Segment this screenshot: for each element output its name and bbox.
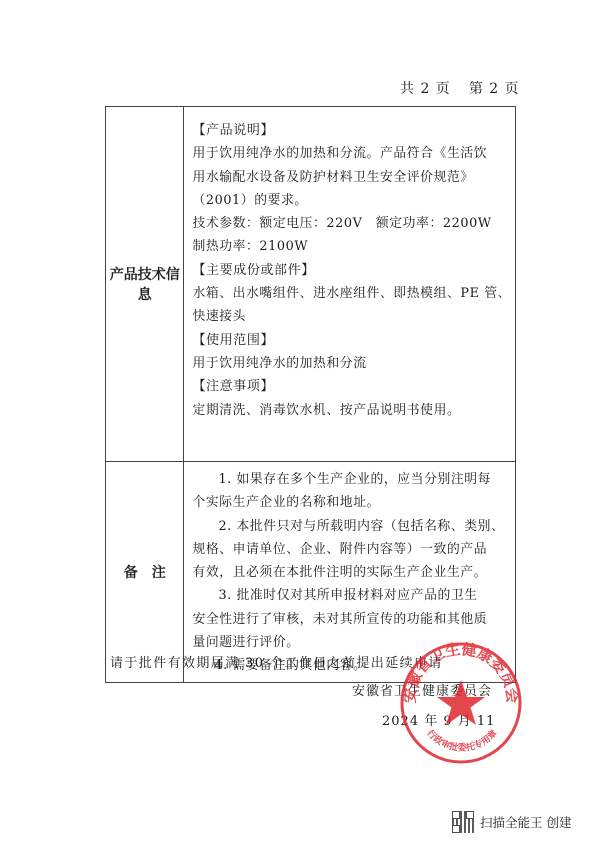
text-line: 量问题进行评价。 bbox=[192, 631, 511, 654]
tech-params-line: 技术参数：额定电压：220V 额定功率：2200W bbox=[192, 212, 511, 235]
section-heading-precautions: 【注意事项】 bbox=[192, 375, 511, 398]
remark-item-2: 2. 本批件只对与所载明内容（包括名称、类别、 bbox=[192, 515, 511, 538]
text-line: 安全性进行了审核，未对其所宣传的功能和其他质 bbox=[192, 608, 511, 631]
text-line: 水箱、出水嘴组件、进水座组件、即热模组、PE 管、 bbox=[192, 282, 511, 305]
text-line: 规格、申请单位、企业、附件内容等）一致的产品 bbox=[192, 538, 511, 561]
camscanner-watermark: 扫描全能王 创建 bbox=[452, 811, 571, 833]
text-line: 快速接头 bbox=[192, 305, 511, 328]
current-page: 第 2 页 bbox=[469, 78, 520, 98]
total-pages: 共 2 页 bbox=[400, 78, 451, 98]
text-line: 有效，且必须在本批件注明的实际生产企业生产。 bbox=[192, 561, 511, 584]
text-line: 个实际生产企业的名称和地址。 bbox=[192, 491, 511, 514]
watermark-text: 扫描全能王 创建 bbox=[480, 813, 571, 831]
section-heading-scope-of-use: 【使用范围】 bbox=[192, 329, 511, 352]
page-number-header: 共 2 页第 2 页 bbox=[400, 78, 520, 98]
remark-item-1: 1. 如果存在多个生产企业的，应当分别注明每 bbox=[192, 468, 511, 491]
section-heading-product-description: 【产品说明】 bbox=[192, 119, 511, 142]
svg-text:行政审批委托专用章: 行政审批委托专用章 bbox=[424, 727, 499, 754]
issuing-authority: 安徽省卫生健康委员会 bbox=[352, 680, 492, 699]
issue-date: 2024 年 9 月 11 bbox=[382, 710, 495, 729]
table-row-remarks: 备注 1. 如果存在多个生产企业的，应当分别注明每 个实际生产企业的名称和地址。… bbox=[106, 462, 516, 683]
text-line: 用于饮用纯净水的加热和分流 bbox=[192, 352, 511, 375]
section-heading-main-components: 【主要成份或部件】 bbox=[192, 259, 511, 282]
text-line: 用水输配水设备及防护材料卫生安全评价规范》 bbox=[192, 166, 511, 189]
renewal-notice: 请于批件有效期届满 30 个工作日之前提出延续申请 bbox=[110, 652, 443, 671]
row-label-remarks: 备注 bbox=[106, 462, 184, 683]
table-row-product-tech-info: 产品技术信息 【产品说明】 用于饮用纯净水的加热和分流。产品符合《生活饮 用水输… bbox=[106, 107, 516, 462]
remark-item-3: 3. 批准时仅对其所申报材料对应产品的卫生 bbox=[192, 584, 511, 607]
approval-info-table: 产品技术信息 【产品说明】 用于饮用纯净水的加热和分流。产品符合《生活饮 用水输… bbox=[105, 106, 516, 683]
text-line: （2001）的要求。 bbox=[192, 189, 511, 212]
product-tech-info-content: 【产品说明】 用于饮用纯净水的加热和分流。产品符合《生活饮 用水输配水设备及防护… bbox=[184, 107, 516, 462]
text-line: 定期清洗、消毒饮水机、按产品说明书使用。 bbox=[192, 399, 511, 422]
row-label-product-tech-info: 产品技术信息 bbox=[106, 107, 184, 462]
text-line: 用于饮用纯净水的加热和分流。产品符合《生活饮 bbox=[192, 142, 511, 165]
qr-code-icon bbox=[452, 811, 474, 833]
remarks-content: 1. 如果存在多个生产企业的，应当分别注明每 个实际生产企业的名称和地址。 2.… bbox=[184, 462, 516, 683]
heating-power-line: 制热功率：2100W bbox=[192, 235, 511, 258]
